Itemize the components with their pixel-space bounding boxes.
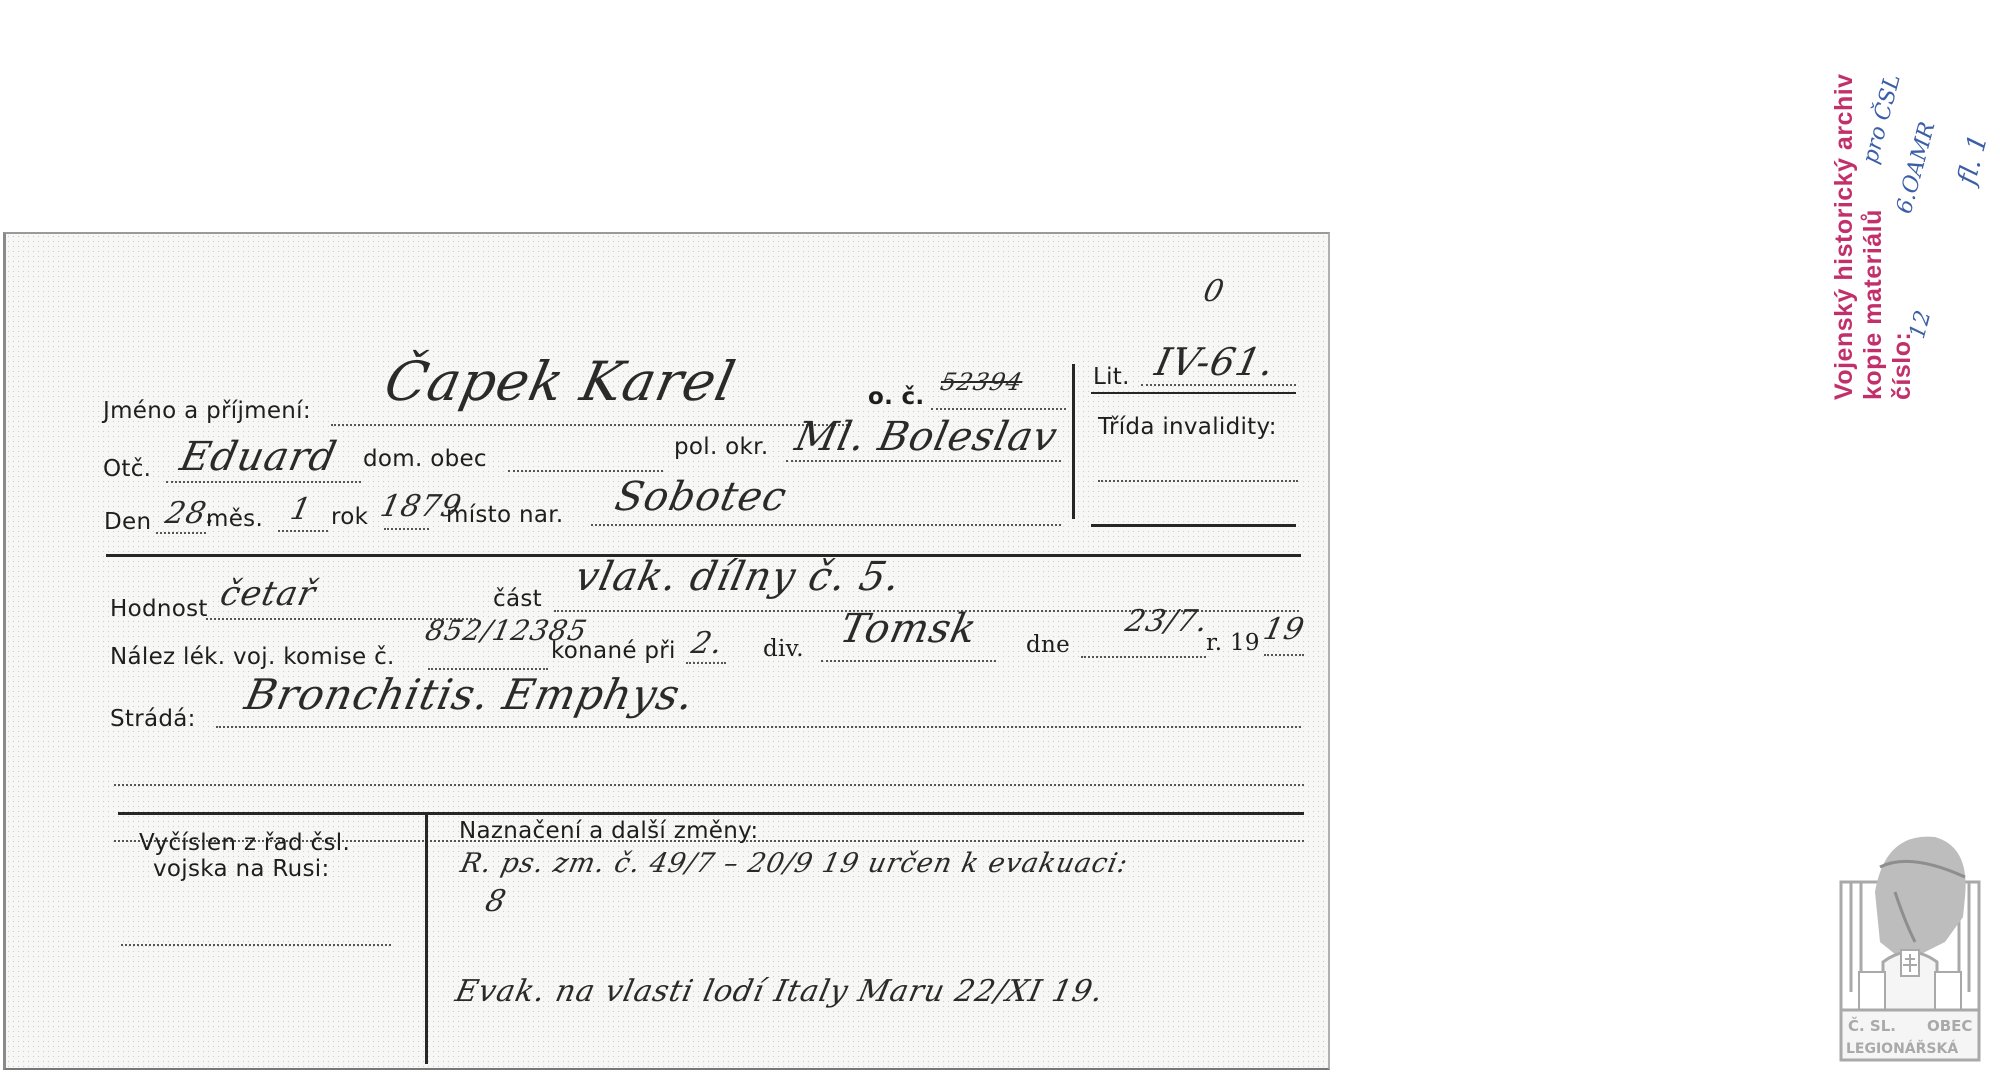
year-label: rok: [331, 504, 368, 530]
name-label: Jméno a příjmení:: [103, 398, 311, 424]
discharged-line: [121, 944, 391, 946]
oc-label: o. č.: [868, 384, 924, 410]
month-label: měs.: [206, 506, 263, 532]
invalidity-underline: [1091, 524, 1296, 527]
lit-line: [1141, 384, 1296, 386]
discharged-label-2: vojska na Rusi:: [153, 856, 330, 882]
suffers-line: [216, 726, 1301, 728]
name-line: [331, 424, 851, 426]
day-line: [156, 532, 206, 534]
day-label: Den: [104, 509, 151, 535]
bottom-section-vertical-divider: [425, 814, 428, 1064]
unit-value: vlak. dílny č. 5.: [571, 554, 905, 600]
stamp-handwriting-3: 12: [1905, 308, 1936, 342]
div-line: [821, 660, 996, 662]
notes-line-2: Evak. na vlasti lodí Italy Maru 22/XI 19…: [452, 974, 1107, 1009]
invalidity-line: [1098, 480, 1298, 482]
father-line: [166, 481, 361, 483]
legion-logo-icon: Č. SL. OBEC LEGIONÁŘSKÁ: [1835, 822, 1985, 1062]
suffers-label: Strádá:: [110, 706, 196, 732]
unit-label: část: [493, 586, 542, 612]
notes-line-1-sub: 8: [482, 884, 510, 919]
name-value: Čapek Karel: [379, 350, 741, 413]
month-line: [278, 530, 328, 532]
oc-line: [931, 408, 1066, 410]
suffers-value: Bronchitis. Emphys.: [241, 670, 699, 719]
municipality-line: [508, 470, 663, 472]
held-label: konané při: [551, 638, 676, 664]
date-value: 23/7.: [1122, 604, 1211, 639]
lit-value: IV-61.: [1151, 340, 1279, 384]
rank-label: Hodnost: [110, 596, 208, 622]
year-line: [384, 528, 429, 530]
logo-text-3: LEGIONÁŘSKÁ: [1846, 1040, 1958, 1057]
father-label: Otč.: [103, 456, 151, 482]
oc-value: 52394: [938, 368, 1025, 396]
held-line: [686, 662, 726, 664]
stamp-handwriting-4: fl. 1: [1952, 131, 1994, 187]
rank-value: četař: [217, 574, 320, 614]
logo-text-1: Č. SL.: [1848, 1016, 1896, 1035]
birthplace-line: [591, 524, 1061, 526]
lit-underline: [1091, 392, 1296, 394]
date-label: dne: [1026, 632, 1070, 658]
stamp-line-1: Vojenský historický archiv: [1830, 73, 1859, 400]
lit-label: Lit.: [1093, 364, 1130, 390]
div-label: div.: [763, 636, 804, 662]
yr-value: 19: [1260, 612, 1308, 647]
date-line: [1081, 656, 1206, 658]
notes-line-1: R. ps. zm. č. 49/7 – 20/9 19 určen k eva…: [458, 848, 1131, 879]
corner-mark: 0: [1200, 274, 1228, 309]
birthplace-label: místo nar.: [446, 502, 564, 528]
father-value: Eduard: [176, 434, 341, 480]
notes-label: Naznačení a další změny:: [459, 818, 758, 844]
year-prefix-label: r. 19: [1206, 630, 1260, 656]
month-value: 1: [287, 492, 315, 527]
birthplace-value: Sobotec: [611, 474, 791, 520]
discharged-label-1: Vyčíslen z řad čsl.: [139, 830, 350, 856]
district-value: Ml. Boleslav: [791, 414, 1062, 460]
held-value: 2.: [688, 626, 726, 661]
commission-label: Nález lék. voj. komise č.: [110, 644, 395, 670]
district-label: pol. okr.: [674, 434, 768, 460]
yr-line: [1264, 654, 1304, 656]
suffers-line-2: [114, 784, 1304, 786]
divider-line-main: [118, 812, 1304, 815]
municipality-label: dom. obec: [363, 446, 487, 472]
district-line: [786, 460, 1061, 462]
invalidity-label: Třída invalidity:: [1098, 414, 1277, 440]
legionnaire-record-card: 0 Jméno a příjmení: Čapek Karel o. č. 52…: [3, 232, 1330, 1070]
logo-text-2: OBEC: [1927, 1017, 1972, 1035]
right-box-divider: [1072, 364, 1075, 519]
div-value: Tomsk: [836, 606, 981, 652]
